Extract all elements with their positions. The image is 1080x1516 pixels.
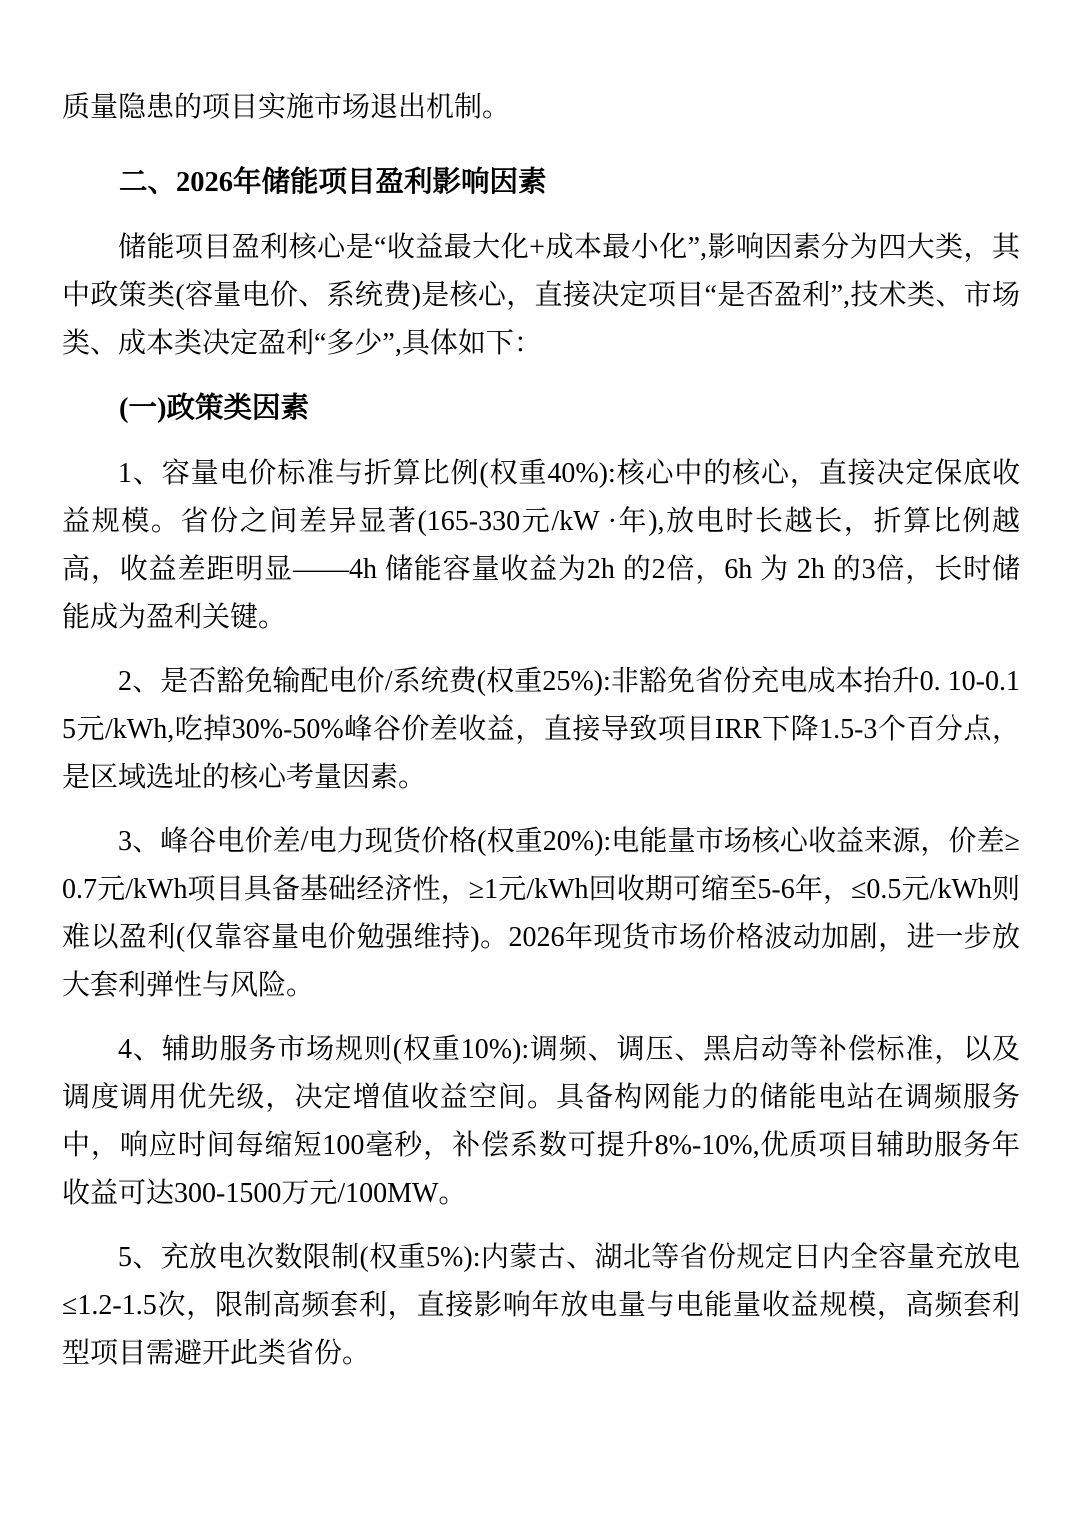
list-item-3-peak-valley-price-spread: 3、峰谷电价差/电力现货价格(权重20%):电能量市场核心收益来源，价差≥0.7… [62, 818, 1020, 1010]
section-heading-profit-factors: 二、2026年储能项目盈利影响因素 [62, 158, 1020, 208]
subsection-heading-policy-factors: (一)政策类因素 [62, 384, 1020, 434]
list-item-2-transmission-fee-exemption: 2、是否豁免输配电价/系统费(权重25%):非豁免省份充电成本抬升0. 10-0… [62, 658, 1020, 802]
document-page: 质量隐患的项目实施市场退出机制。 二、2026年储能项目盈利影响因素 储能项目盈… [0, 0, 1080, 1516]
list-item-5-cycle-count-limit: 5、充放电次数限制(权重5%):内蒙古、湖北等省份规定日内全容量充放电≤1.2-… [62, 1234, 1020, 1378]
list-item-1-capacity-price: 1、容量电价标准与折算比例(权重40%):核心中的核心，直接决定保底收益规模。省… [62, 450, 1020, 642]
list-item-4-ancillary-services-rules: 4、辅助服务市场规则(权重10%):调频、调压、黑启动等补偿标准，以及调度调用优… [62, 1026, 1020, 1218]
paragraph-intro: 储能项目盈利核心是“收益最大化+成本最小化”,影响因素分为四大类，其中政策类(容… [62, 224, 1020, 368]
paragraph-continuation: 质量隐患的项目实施市场退出机制。 [62, 84, 1020, 132]
